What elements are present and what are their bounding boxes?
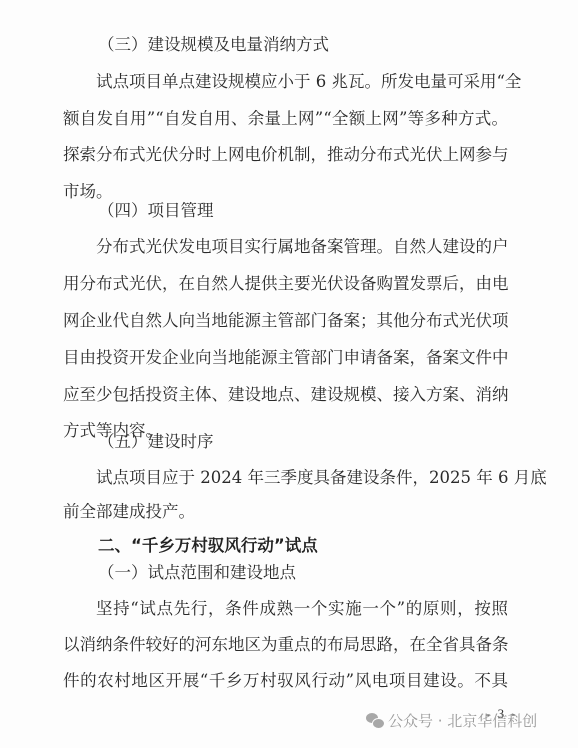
paragraph-line: 额自发自用”“自发自用、余量上网”“全额上网”等多种方式。 xyxy=(63,108,508,130)
subheading-construction-scale: （三）建设规模及电量消纳方式 xyxy=(98,34,329,56)
paragraph-line: 应至少包括投资主体、建设地点、建设规模、接入方案、消纳 xyxy=(63,384,508,406)
paragraph-line: 试点项目单点建设规模应小于 6 兆瓦。所发电量可采用“全 xyxy=(96,71,508,93)
paragraph-line: 坚持“试点先行，条件成熟一个实施一个”的原则，按照 xyxy=(96,598,508,620)
subheading-construction-schedule: （五）建设时序 xyxy=(98,431,214,453)
paragraph-line: 件的农村地区开展“千乡万村驭风行动”风电项目建设。不具 xyxy=(63,670,508,692)
paragraph-line: 以消纳条件较好的河东地区为重点的布局思路，在全省具备条 xyxy=(63,634,508,656)
paragraph-line: 分布式光伏发电项目实行属地备案管理。自然人建设的户 xyxy=(96,236,508,258)
document-page: （三）建设规模及电量消纳方式 试点项目单点建设规模应小于 6 兆瓦。所发电量可采… xyxy=(0,0,578,748)
paragraph-line: 探索分布式光伏分时上网电价机制，推动分布式光伏上网参与 xyxy=(63,144,508,166)
paragraph-line: 用分布式光伏，在自然人提供主要光伏设备购置发票后，由电 xyxy=(63,273,508,295)
wechat-icon xyxy=(366,713,384,729)
watermark-text: 公众号 · 北京华信科创 xyxy=(388,710,537,731)
paragraph-line: 目由投资开发企业向当地能源主管部门申请备案，备案文件中 xyxy=(63,347,508,369)
paragraph-line: 前全部建成投产。 xyxy=(63,501,508,523)
watermark: 公众号 · 北京华信科创 xyxy=(366,710,537,731)
section-heading-wind-pilot: 二、“千乡万村驭风行动”试点 xyxy=(98,535,318,557)
subheading-project-management: （四）项目管理 xyxy=(98,200,214,222)
paragraph-line: 试点项目应于 2024 年三季度具备建设条件，2025 年 6 月底 xyxy=(96,467,508,489)
paragraph-line: 网企业代自然人向当地能源主管部门备案；其他分布式光伏项 xyxy=(63,310,508,332)
subheading-pilot-scope: （一）试点范围和建设地点 xyxy=(98,562,296,584)
